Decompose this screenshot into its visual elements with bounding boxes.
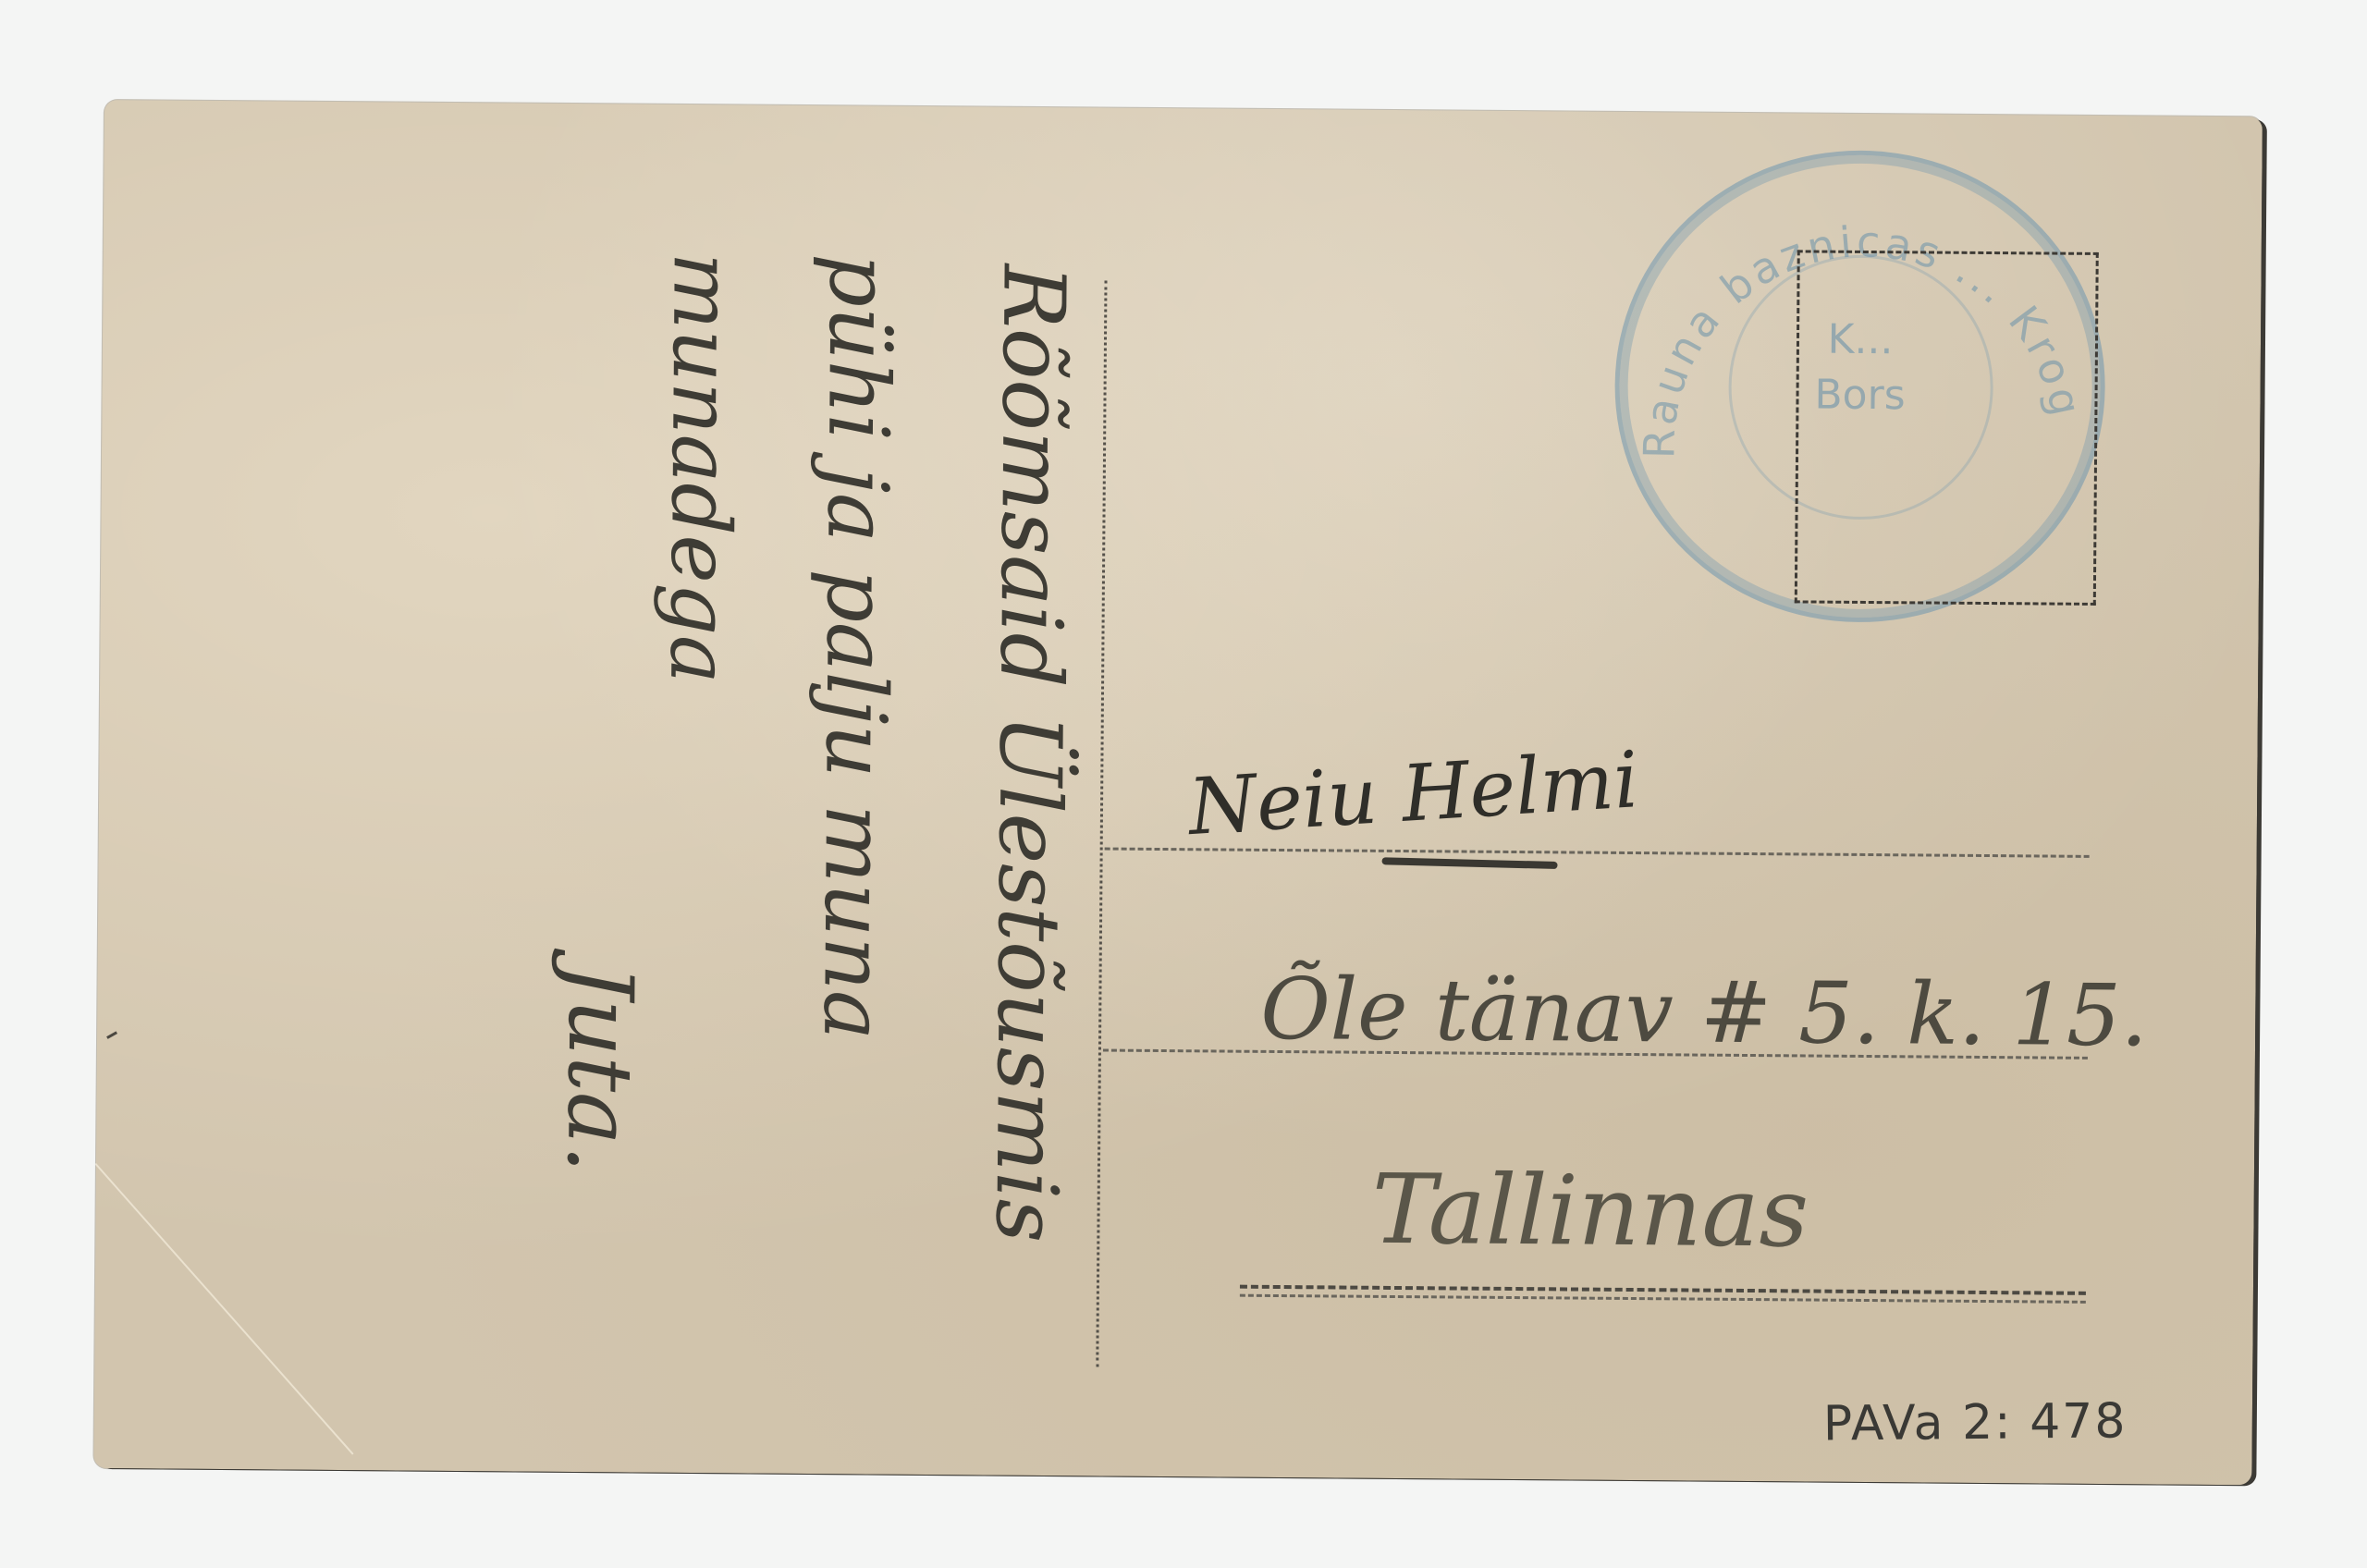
message-signature: Juta.	[547, 963, 653, 1174]
address-line-1	[1105, 848, 2090, 858]
recipient-name: Neiu Helmi	[1186, 734, 1641, 852]
ink-mark	[106, 1031, 117, 1039]
address-line-3	[1240, 1285, 2086, 1295]
message-line-3: munadega	[652, 252, 751, 684]
postcard: Rõõmsaid Ülestõusmis pühi ja palju muna …	[93, 100, 2263, 1485]
center-divider	[1096, 281, 1107, 1367]
address-line-3-lower	[1240, 1294, 2086, 1304]
street-address: Õle tänav # 5. k. 15.	[1260, 960, 2148, 1066]
stamp-placeholder-box	[1795, 250, 2099, 606]
message-line-1: Rõõmsaid Ülestõusmis	[976, 263, 1083, 1243]
message-line-2: pühi ja palju muna	[804, 253, 908, 1040]
city: Tallinnas	[1371, 1153, 1809, 1269]
paper-crease	[94, 1163, 353, 1455]
recipient-underline	[1381, 857, 1557, 869]
archive-label: PAVa 2: 478	[1823, 1393, 2128, 1452]
